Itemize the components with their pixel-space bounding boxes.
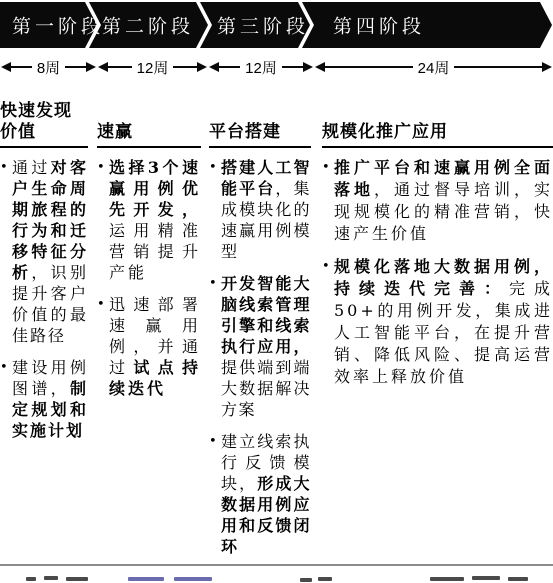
phase-columns: 快速发现 价值 •通过对客户生命周期旅程的行为和迁移特征分析，识别提升客户价值的… <box>0 93 553 557</box>
column-header: 快速发现 价值 <box>0 93 88 148</box>
bullet-text: 选择3个速赢用例优先开发，运用精准营销提升产能 <box>109 157 201 283</box>
arrow-line <box>173 66 197 68</box>
bullet-marker: • <box>0 357 12 441</box>
footnote-fragment <box>318 577 332 581</box>
arrowhead-right-icon <box>86 62 96 72</box>
duration-label: 24周 <box>413 57 455 78</box>
arrowhead-right-icon <box>197 62 207 72</box>
bullet-text: 迅速部署速赢用例，并通过试点持续迭代 <box>109 294 201 399</box>
bottom-rule <box>0 564 553 566</box>
arrowhead-left-icon <box>1 62 11 72</box>
bullet-marker: • <box>322 157 334 245</box>
column-platform-build: 平台搭建 •搭建人工智能平台，集成模块化的速赢用例模型•开发智能大脑线索管理引擎… <box>209 93 311 557</box>
arrow-line <box>454 66 542 68</box>
arrowhead-left-icon <box>315 62 325 72</box>
footnote-fragment <box>508 577 528 581</box>
bullet-item: •选择3个速赢用例优先开发，运用精准营销提升产能 <box>97 157 201 283</box>
bullet-text: 搭建人工智能平台，集成模块化的速赢用例模型 <box>221 157 311 262</box>
phase-header-band: 第一阶段 第二阶段 第三阶段 第四阶段 <box>0 2 553 48</box>
bullet-marker: • <box>97 294 109 399</box>
footnote-fragment <box>26 577 36 581</box>
bullet-item: •通过对客户生命周期旅程的行为和迁移特征分析，识别提升客户价值的最佳路径 <box>0 157 88 346</box>
bullet-marker: • <box>322 256 334 388</box>
footnote-fragment <box>44 576 58 580</box>
arrowhead-left-icon <box>98 62 108 72</box>
arrow-line <box>108 66 132 68</box>
column-header: 速赢 <box>97 93 201 148</box>
bullet-item: •迅速部署速赢用例，并通过试点持续迭代 <box>97 294 201 399</box>
arrow-line <box>282 66 303 68</box>
bullet-list: •搭建人工智能平台，集成模块化的速赢用例模型•开发智能大脑线索管理引擎和线索执行… <box>209 157 311 557</box>
column-quick-wins: 速赢 •选择3个速赢用例优先开发，运用精准营销提升产能•迅速部署速赢用例，并通过… <box>97 93 201 399</box>
bullet-text: 推广平台和速赢用例全面落地，通过督导培训，实现规模化的精准营销，快速产生价值 <box>334 157 553 245</box>
footnote-fragment <box>174 577 212 581</box>
column-scaled-rollout: 规模化推广应用 •推广平台和速赢用例全面落地，通过督导培训，实现规模化的精准营销… <box>322 93 553 388</box>
duration-segment: 8周 <box>0 57 97 77</box>
bullet-marker: • <box>209 157 221 262</box>
bullet-list: •推广平台和速赢用例全面落地，通过督导培训，实现规模化的精准营销，快速产生价值•… <box>322 157 553 388</box>
footnote-fragment <box>300 578 312 582</box>
bullet-item: •开发智能大脑线索管理引擎和线索执行应用，提供端到端大数据解决方案 <box>209 273 311 420</box>
bullet-text: 建设用例图谱，制定规划和实施计划 <box>12 357 88 441</box>
bullet-marker: • <box>97 157 109 283</box>
phase-label-2: 第二阶段 <box>102 12 194 39</box>
arrow-line <box>65 66 86 68</box>
column-header: 规模化推广应用 <box>322 93 553 148</box>
roadmap-diagram: 第一阶段 第二阶段 第三阶段 第四阶段 8周 12周 12周 24周 快速发现 … <box>0 0 553 583</box>
bullet-text: 规模化落地大数据用例，持续迭代完善：完成50+的用例开发，集成进人工智能平台，在… <box>334 256 553 388</box>
arrow-line <box>11 66 32 68</box>
duration-label: 12周 <box>132 57 174 78</box>
bullet-marker: • <box>0 157 12 346</box>
duration-timeline: 8周 12周 12周 24周 <box>0 57 553 77</box>
phase-label-4: 第四阶段 <box>333 12 425 39</box>
bullet-item: •建设用例图谱，制定规划和实施计划 <box>0 357 88 441</box>
footnote-fragment <box>66 577 88 581</box>
bullet-marker: • <box>209 431 221 557</box>
arrow-line <box>219 66 240 68</box>
arrowhead-right-icon <box>542 62 552 72</box>
footnote-fragment <box>472 576 500 580</box>
phase-label-3: 第三阶段 <box>217 12 309 39</box>
bullet-text: 通过对客户生命周期旅程的行为和迁移特征分析，识别提升客户价值的最佳路径 <box>12 157 88 346</box>
arrowhead-right-icon <box>303 62 313 72</box>
duration-segment: 12周 <box>97 57 208 77</box>
duration-label: 12周 <box>240 57 282 78</box>
bullet-item: •搭建人工智能平台，集成模块化的速赢用例模型 <box>209 157 311 262</box>
bullet-marker: • <box>209 273 221 420</box>
bullet-list: •通过对客户生命周期旅程的行为和迁移特征分析，识别提升客户价值的最佳路径•建设用… <box>0 157 88 441</box>
column-quick-value-discovery: 快速发现 价值 •通过对客户生命周期旅程的行为和迁移特征分析，识别提升客户价值的… <box>0 93 88 441</box>
bullet-item: •推广平台和速赢用例全面落地，通过督导培训，实现规模化的精准营销，快速产生价值 <box>322 157 553 245</box>
bullet-list: •选择3个速赢用例优先开发，运用精准营销提升产能•迅速部署速赢用例，并通过试点持… <box>97 157 201 399</box>
duration-label: 8周 <box>32 57 65 78</box>
arrow-line <box>325 66 413 68</box>
footnote-fragment <box>430 577 464 581</box>
column-header: 平台搭建 <box>209 93 311 148</box>
bullet-item: •建立线索执行反馈模块，形成大数据用例应用和反馈闭环 <box>209 431 311 557</box>
duration-segment: 12周 <box>208 57 314 77</box>
arrowhead-left-icon <box>209 62 219 72</box>
phase-label-1: 第一阶段 <box>12 12 104 39</box>
duration-segment: 24周 <box>314 57 553 77</box>
bullet-item: •规模化落地大数据用例，持续迭代完善：完成50+的用例开发，集成进人工智能平台，… <box>322 256 553 388</box>
bullet-text: 开发智能大脑线索管理引擎和线索执行应用，提供端到端大数据解决方案 <box>221 273 311 420</box>
bullet-text: 建立线索执行反馈模块，形成大数据用例应用和反馈闭环 <box>221 431 311 557</box>
footnote-fragment <box>128 577 164 581</box>
